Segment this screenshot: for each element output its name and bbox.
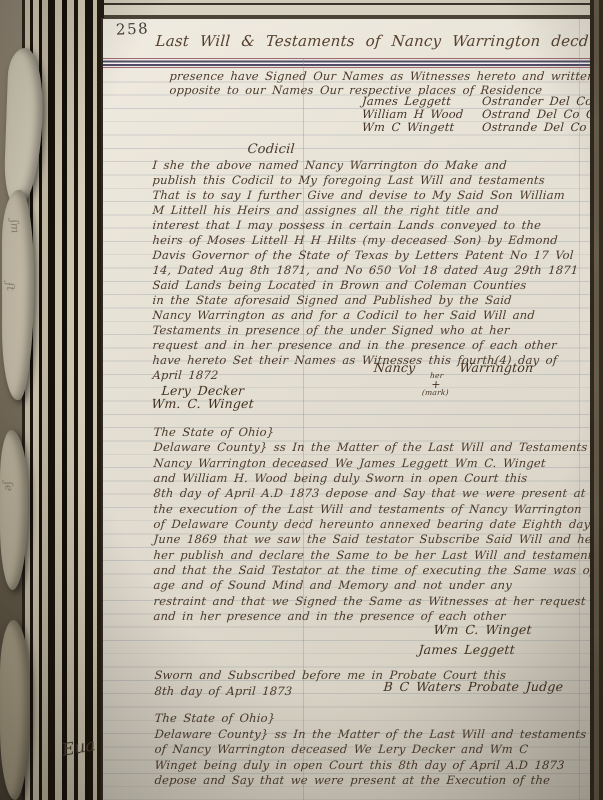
manuscript-line: of Delaware County decd hereunto annexed…: [153, 517, 595, 532]
witness-signature: Wm C. Winget: [433, 622, 531, 637]
manuscript-line: in the State aforesaid Signed and Publis…: [152, 293, 579, 308]
manuscript-line: request and in her presence and in the p…: [152, 338, 579, 353]
testator-signature: Nancy her + (mark) Warrington: [371, 360, 534, 396]
witness-row: Wm C Wingett Ostrande Del Co Ohio: [362, 121, 595, 134]
codicil-date: April 1872: [152, 368, 218, 382]
manuscript-line: age and of Sound Mind and Memory and not…: [153, 578, 595, 593]
manuscript-line: Nancy Warrington as and for a Codicil to…: [152, 308, 579, 323]
manuscript-line: I she the above named Nancy Warrington d…: [152, 158, 579, 173]
attestation-date: 8th day of April 1873: [154, 684, 292, 698]
witness-name: Wm C Wingett: [362, 121, 483, 134]
manuscript-line: 14, Dated Aug 8th 1871, and No 650 Vol 1…: [152, 263, 579, 278]
right-page-gutter: [590, 0, 603, 800]
edge-writing-fragment: ʄt: [3, 282, 17, 291]
manuscript-line: and William H. Wood being duly Sworn in …: [153, 471, 595, 486]
manuscript-line: depose and Say that we were present at t…: [154, 773, 587, 789]
header-double-rule: [103, 58, 595, 68]
manuscript-line: of Nancy Warrington deceased We Lery Dec…: [154, 742, 587, 758]
scanned-ledger-photo: ʃm ʄt ʃe Eua 258 Last Will & Testaments …: [0, 0, 603, 800]
probate-affidavit-second: The State of Ohio} Delaware County} ss I…: [154, 711, 586, 789]
witness-residence-list: James Leggett Ostrander Del Co O William…: [362, 95, 595, 134]
manuscript-line: June 1869 that we saw the Said testator …: [153, 532, 595, 547]
continuation-paragraph: presence have Signed Our Names as Witnes…: [169, 69, 594, 97]
manuscript-line: The State of Ohio}: [154, 711, 587, 727]
signature-last-name: Warrington: [459, 360, 534, 375]
manuscript-line: publish this Codicil to My foregoing Las…: [152, 173, 579, 188]
right-margin-rule: [579, 19, 580, 800]
manuscript-line: and that the Said Testator at the time o…: [153, 563, 595, 578]
manuscript-line: M Littell his Heirs and assignes all the…: [152, 203, 579, 218]
edge-writing-fragment: ʃe: [2, 481, 16, 491]
page-title: Last Will & Testaments of Nancy Warringt…: [155, 32, 585, 50]
manuscript-line: presence have Signed Our Names as Witnes…: [169, 69, 595, 83]
manuscript-line: heirs of Moses Littell H H Hilts (my dec…: [152, 233, 579, 248]
probate-affidavit-first: The State of Ohio} Delaware County} ss I…: [153, 425, 595, 624]
judge-signature: B C Waters Probate Judge: [383, 679, 563, 694]
ledger-page: 258 Last Will & Testaments of Nancy Warr…: [101, 18, 595, 800]
witness-signature: James Leggett: [418, 642, 514, 657]
manuscript-line: Davis Governor of the State of Texas by …: [152, 248, 579, 263]
codicil-paragraph: I she the above named Nancy Warrington d…: [152, 158, 578, 368]
witness-signature: Wm. C. Winget: [151, 396, 253, 411]
manuscript-line: Said Lands being Located in Brown and Co…: [152, 278, 579, 293]
manuscript-line: interest that I may possess in certain L…: [152, 218, 579, 233]
witness-residence: Ostrande Del Co Ohio: [482, 121, 595, 134]
edge-writing-fragment: ʃm: [8, 219, 22, 233]
manuscript-line: her publish and declare the Same to be h…: [153, 548, 595, 563]
manuscript-line: restraint and that we Signed the Same as…: [153, 594, 595, 609]
manuscript-line: That is to say I further Give and devise…: [152, 188, 579, 203]
codicil-heading: Codicil: [247, 142, 294, 157]
manuscript-line: the execution of the Last Will and testa…: [153, 502, 595, 517]
manuscript-line: Delaware County} ss In the Matter of the…: [154, 727, 587, 743]
manuscript-line: Testaments in presence of the under Sign…: [152, 323, 579, 338]
signature-first-name: Nancy: [373, 360, 416, 375]
underlying-page-tops: [58, 0, 603, 20]
manuscript-line: Winget being duly in open Court this 8th…: [154, 758, 587, 774]
manuscript-line: Delaware County} ss In the Matter of the…: [153, 440, 595, 455]
manuscript-line: The State of Ohio}: [153, 425, 595, 440]
manuscript-line: Nancy Warrington deceased We James Legge…: [153, 456, 595, 471]
manuscript-line: 8th day of April A.D 1873 depose and Say…: [153, 486, 595, 501]
page-number: 258: [116, 19, 150, 38]
her-mark: her + (mark): [422, 372, 451, 396]
